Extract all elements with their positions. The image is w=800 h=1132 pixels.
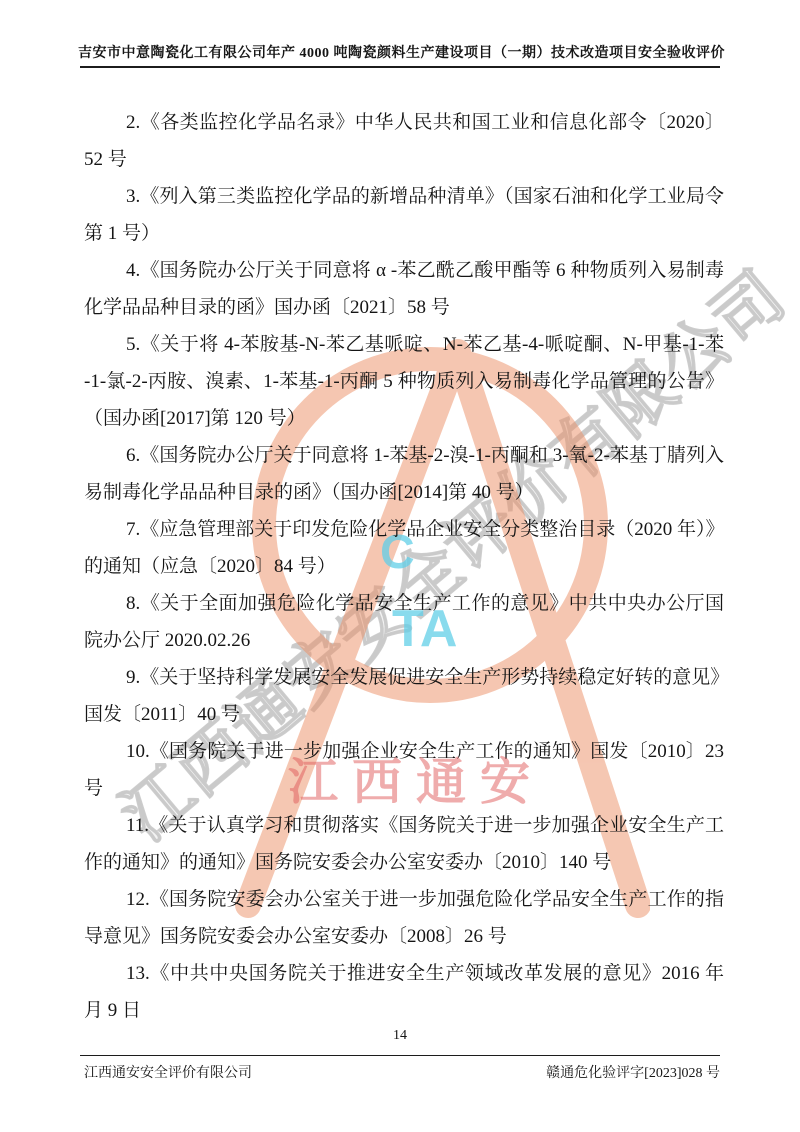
body-line-item11-l2: 作的通知》的通知》国务院安委会办公室安委办〔2010〕140 号 [84,844,724,881]
body-line-item6-l2: 易制毒化学品品种目录的函》（国办函[2014]第 40 号） [84,474,724,511]
body-text: 2.《各类监控化学品名录》中华人民共和国工业和信息化部令〔2020〕第52 号3… [84,104,724,1029]
body-line-item9-l2: 国发〔2011〕40 号 [84,696,724,733]
body-line-item7-l2: 的通知（应急〔2020〕84 号） [84,548,724,585]
body-line-item8-l1: 8.《关于全面加强危险化学品安全生产工作的意见》中共中央办公厅国务 [84,585,724,622]
body-line-item13-l2: 月 9 日 [84,992,724,1029]
body-line-item4-l2: 化学品品种目录的函》国办函〔2021〕58 号 [84,289,724,326]
page-number: 14 [0,1028,800,1044]
body-line-item4-l1: 4.《国务院办公厅关于同意将 α -苯乙酰乙酸甲酯等 6 种物质列入易制毒 [84,252,724,289]
body-line-item2-l1: 2.《各类监控化学品名录》中华人民共和国工业和信息化部令〔2020〕第 [84,104,724,141]
footer-doc-number: 赣通危化验评字[2023]028 号 [546,1062,720,1082]
body-line-item3-l2: 第 1 号） [84,215,724,252]
body-line-item12-l1: 12.《国务院安委会办公室关于进一步加强危险化学品安全生产工作的指 [84,881,724,918]
body-line-item11-l1: 11.《关于认真学习和贯彻落实《国务院关于进一步加强企业安全生产工 [84,807,724,844]
header-rule [80,66,720,68]
body-line-item5-l2: -1-氯-2-丙胺、溴素、1-苯基-1-丙酮 5 种物质列入易制毒化学品管理的公… [84,363,724,400]
body-line-item3-l1: 3.《列入第三类监控化学品的新增品种清单》（国家石油和化学工业局令 [84,178,724,215]
body-line-item9-l1: 9.《关于坚持科学发展安全发展促进安全生产形势持续稳定好转的意见》 [84,659,724,696]
body-line-item12-l2: 导意见》国务院安委会办公室安委办〔2008〕26 号 [84,918,724,955]
body-line-item6-l1: 6.《国务院办公厅关于同意将 1-苯基-2-溴-1-丙酮和 3-氧-2-苯基丁腈… [84,437,724,474]
body-line-item5-l3: （国办函[2017]第 120 号） [84,400,724,437]
footer-company: 江西通安安全评价有限公司 [84,1062,252,1082]
footer-rule [80,1055,720,1056]
body-line-item7-l1: 7.《应急管理部关于印发危险化学品企业安全分类整治目录（2020 年）》 [84,511,724,548]
body-line-item10-l2: 号 [84,770,724,807]
body-line-item5-l1: 5.《关于将 4-苯胺基-N-苯乙基哌啶、N-苯乙基-4-哌啶酮、N-甲基-1-… [84,326,724,363]
body-line-item8-l2: 院办公厅 2020.02.26 [84,622,724,659]
body-line-item10-l1: 10.《国务院关于进一步加强企业安全生产工作的通知》国发〔2010〕23 [84,733,724,770]
body-line-item13-l1: 13.《中共中央国务院关于推进安全生产领域改革发展的意见》2016 年 12 [84,955,724,992]
body-line-item2-l2: 52 号 [84,141,724,178]
document-page: 江西通安安全评价有限公司 C TA 江西通安 吉安市中意陶瓷化工有限公司年产 4… [0,0,800,1132]
footer-row: 江西通安安全评价有限公司 赣通危化验评字[2023]028 号 [84,1062,720,1082]
header-title: 吉安市中意陶瓷化工有限公司年产 4000 吨陶瓷颜料生产建设项目（一期）技术改造… [78,42,722,62]
